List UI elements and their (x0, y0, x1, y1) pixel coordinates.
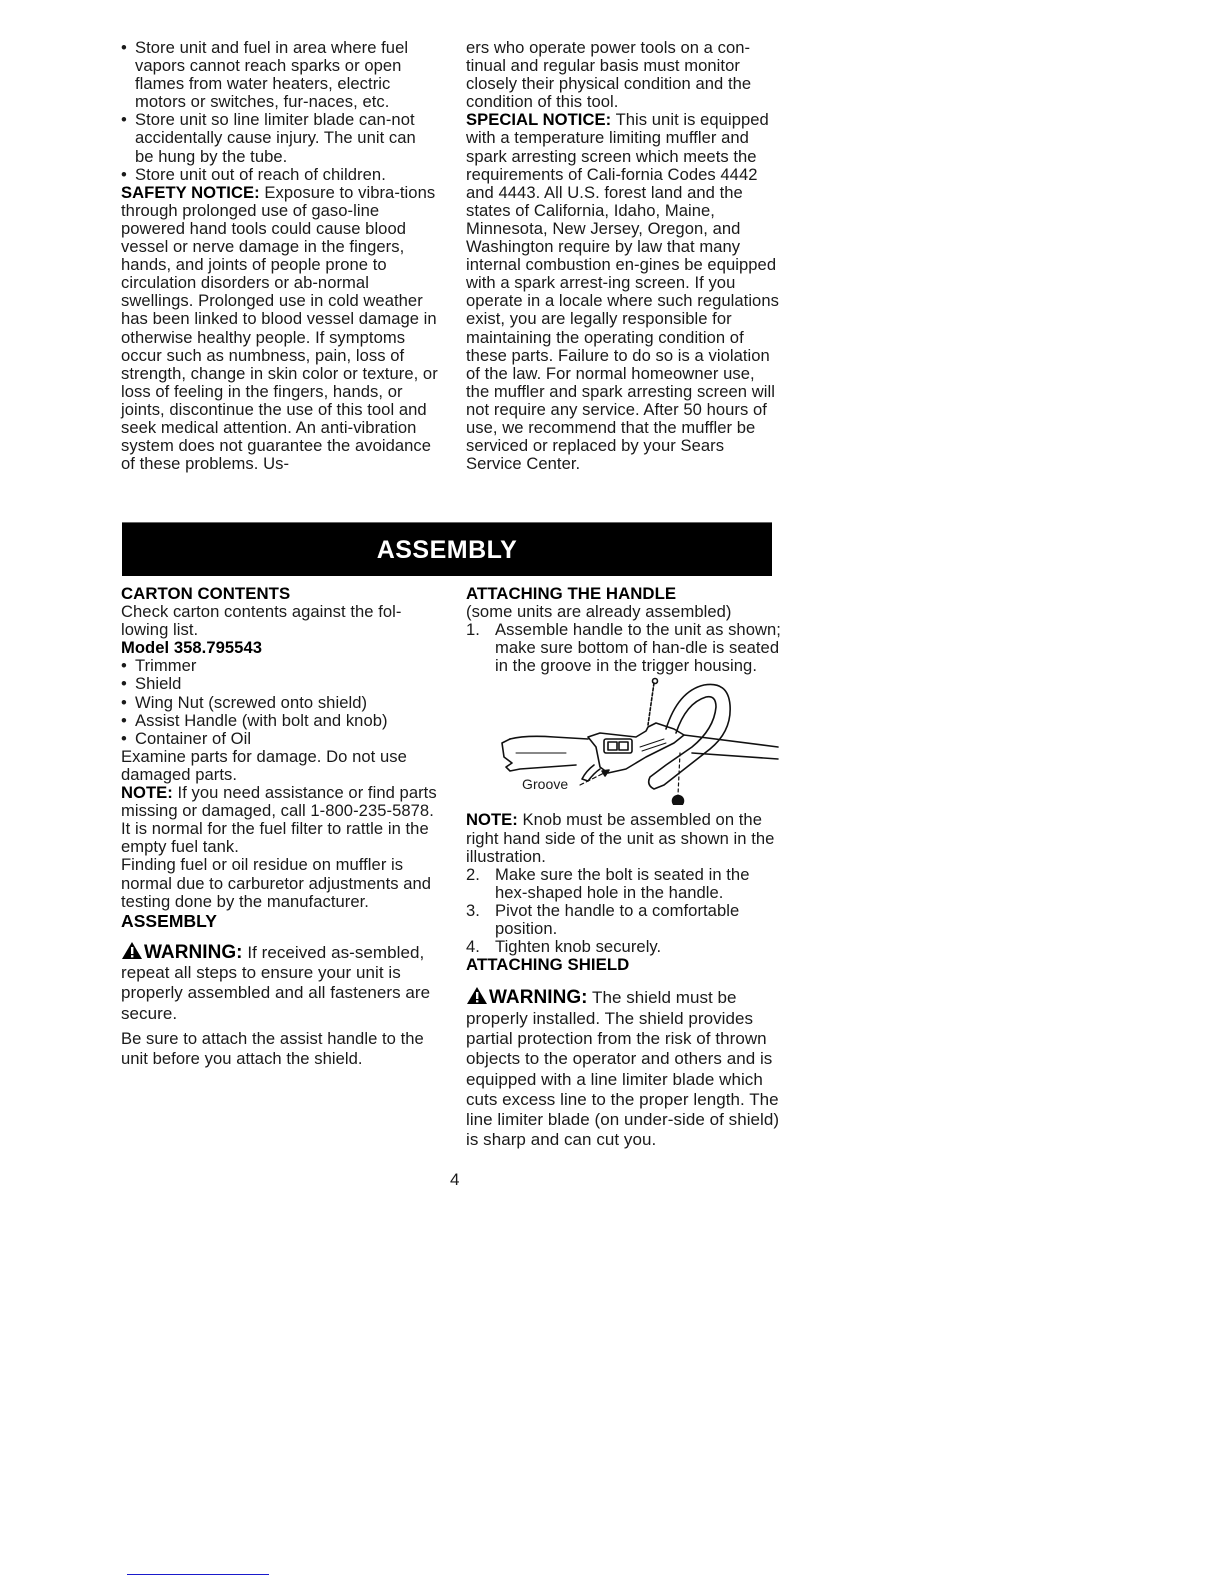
handle-illustration: Groove (496, 677, 786, 805)
carton-intro: Check carton contents against the fol-lo… (121, 603, 439, 639)
model-number: Model 358.795543 (121, 639, 439, 657)
note-label: NOTE: (466, 810, 518, 829)
rattle-text: It is normal for the fuel filter to ratt… (121, 820, 439, 856)
continuation-text: ers who operate power tools on a con-tin… (466, 39, 781, 111)
attaching-shield-heading: ATTACHING SHIELD (466, 956, 781, 974)
step-2: 2.Make sure the bolt is seated in the he… (466, 866, 781, 902)
shield-warning-block: WARNING: The shield must be properly ins… (466, 986, 781, 1150)
warning-text: The shield must be properly installed. T… (466, 988, 779, 1149)
safety-notice: SAFETY NOTICE: Exposure to vibra-tions t… (121, 184, 439, 474)
footer-rule (127, 1574, 269, 1575)
assembly-right-column: ATTACHING THE HANDLE (some units are alr… (466, 585, 781, 1151)
warning-block: WARNING: If received as-sembled, repeat … (121, 941, 439, 1024)
list-item: Store unit and fuel in area where fuel v… (121, 39, 439, 111)
note-label: NOTE: (121, 783, 173, 802)
assist-handle-text: Be sure to attach the assist handle to t… (121, 1029, 439, 1070)
warning-label: WARNING: (489, 987, 588, 1008)
handle-subtitle: (some units are already assembled) (466, 603, 781, 621)
step-1: 1.Assemble handle to the unit as shown; … (466, 621, 781, 675)
warning-triangle-icon (121, 941, 143, 960)
list-item: Store unit out of reach of children. (121, 166, 439, 184)
step-3: 3.Pivot the handle to a comfortable posi… (466, 902, 781, 938)
step-4: 4.Tighten knob securely. (466, 938, 781, 956)
knob-note: NOTE: Knob must be assembled on the righ… (466, 811, 781, 865)
examine-text: Examine parts for damage. Do not use dam… (121, 748, 439, 784)
list-item: Container of Oil (121, 730, 439, 748)
special-notice: SPECIAL NOTICE: This unit is equipped wi… (466, 111, 781, 473)
section-banner: ASSEMBLY (122, 522, 772, 576)
top-right-column: ers who operate power tools on a con-tin… (466, 39, 781, 473)
top-left-column: Store unit and fuel in area where fuel v… (121, 39, 439, 473)
list-item: Store unit so line limiter blade can-not… (121, 111, 439, 165)
warning-triangle-icon (466, 986, 488, 1005)
list-item: Shield (121, 675, 439, 693)
special-notice-label: SPECIAL NOTICE: (466, 110, 611, 129)
carton-contents-heading: CARTON CONTENTS (121, 585, 439, 603)
list-item: Trimmer (121, 657, 439, 675)
residue-text: Finding fuel or oil residue on muffler i… (121, 856, 439, 910)
list-item: Wing Nut (screwed onto shield) (121, 694, 439, 712)
safety-notice-label: SAFETY NOTICE: (121, 183, 260, 202)
warning-label: WARNING: (144, 942, 243, 963)
assembly-left-column: CARTON CONTENTS Check carton contents ag… (121, 585, 439, 1070)
attaching-handle-heading: ATTACHING THE HANDLE (466, 585, 781, 603)
groove-label: Groove (522, 775, 568, 793)
page-number: 4 (450, 1170, 459, 1190)
list-item: Assist Handle (with bolt and knob) (121, 712, 439, 730)
special-notice-text: This unit is equipped with a temperature… (466, 110, 779, 473)
note: NOTE: If you need assistance or find par… (121, 784, 439, 820)
safety-notice-text: Exposure to vibra-tions through prolonge… (121, 183, 438, 473)
assembly-heading: ASSEMBLY (121, 912, 439, 930)
